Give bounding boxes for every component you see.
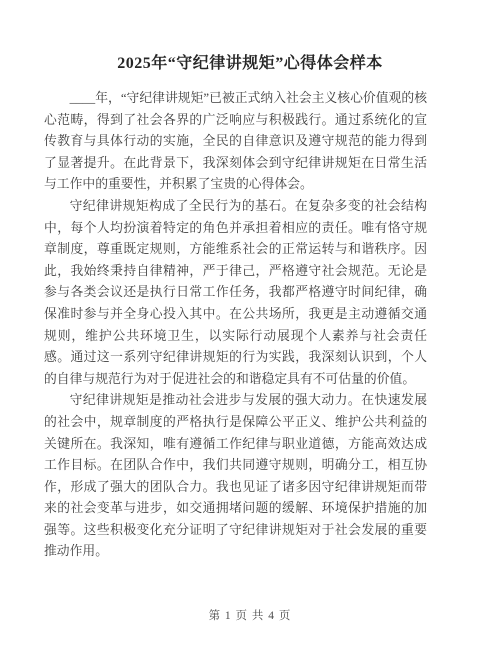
paragraph: 守纪律讲规矩构成了全民行为的基石。在复杂多变的社会结构中，每个人均扮演着特定的角… — [44, 196, 427, 390]
document-body: ____年，“守纪律讲规矩”已被正式纳入社会主义核心价值观的核心范畴，得到了社会… — [44, 88, 427, 563]
paragraph: 守纪律讲规矩是推动社会进步与发展的强大动力。在快速发展的社会中，规章制度的严格执… — [44, 390, 427, 563]
paragraph: ____年，“守纪律讲规矩”已被正式纳入社会主义核心价值观的核心范畴，得到了社会… — [44, 88, 427, 196]
document-page: 2025年“守纪律讲规矩”心得体会样本 ____年，“守纪律讲规矩”已被正式纳入… — [0, 0, 500, 647]
page-number-footer: 第 1 页 共 4 页 — [0, 607, 500, 623]
document-title: 2025年“守纪律讲规矩”心得体会样本 — [0, 0, 500, 73]
